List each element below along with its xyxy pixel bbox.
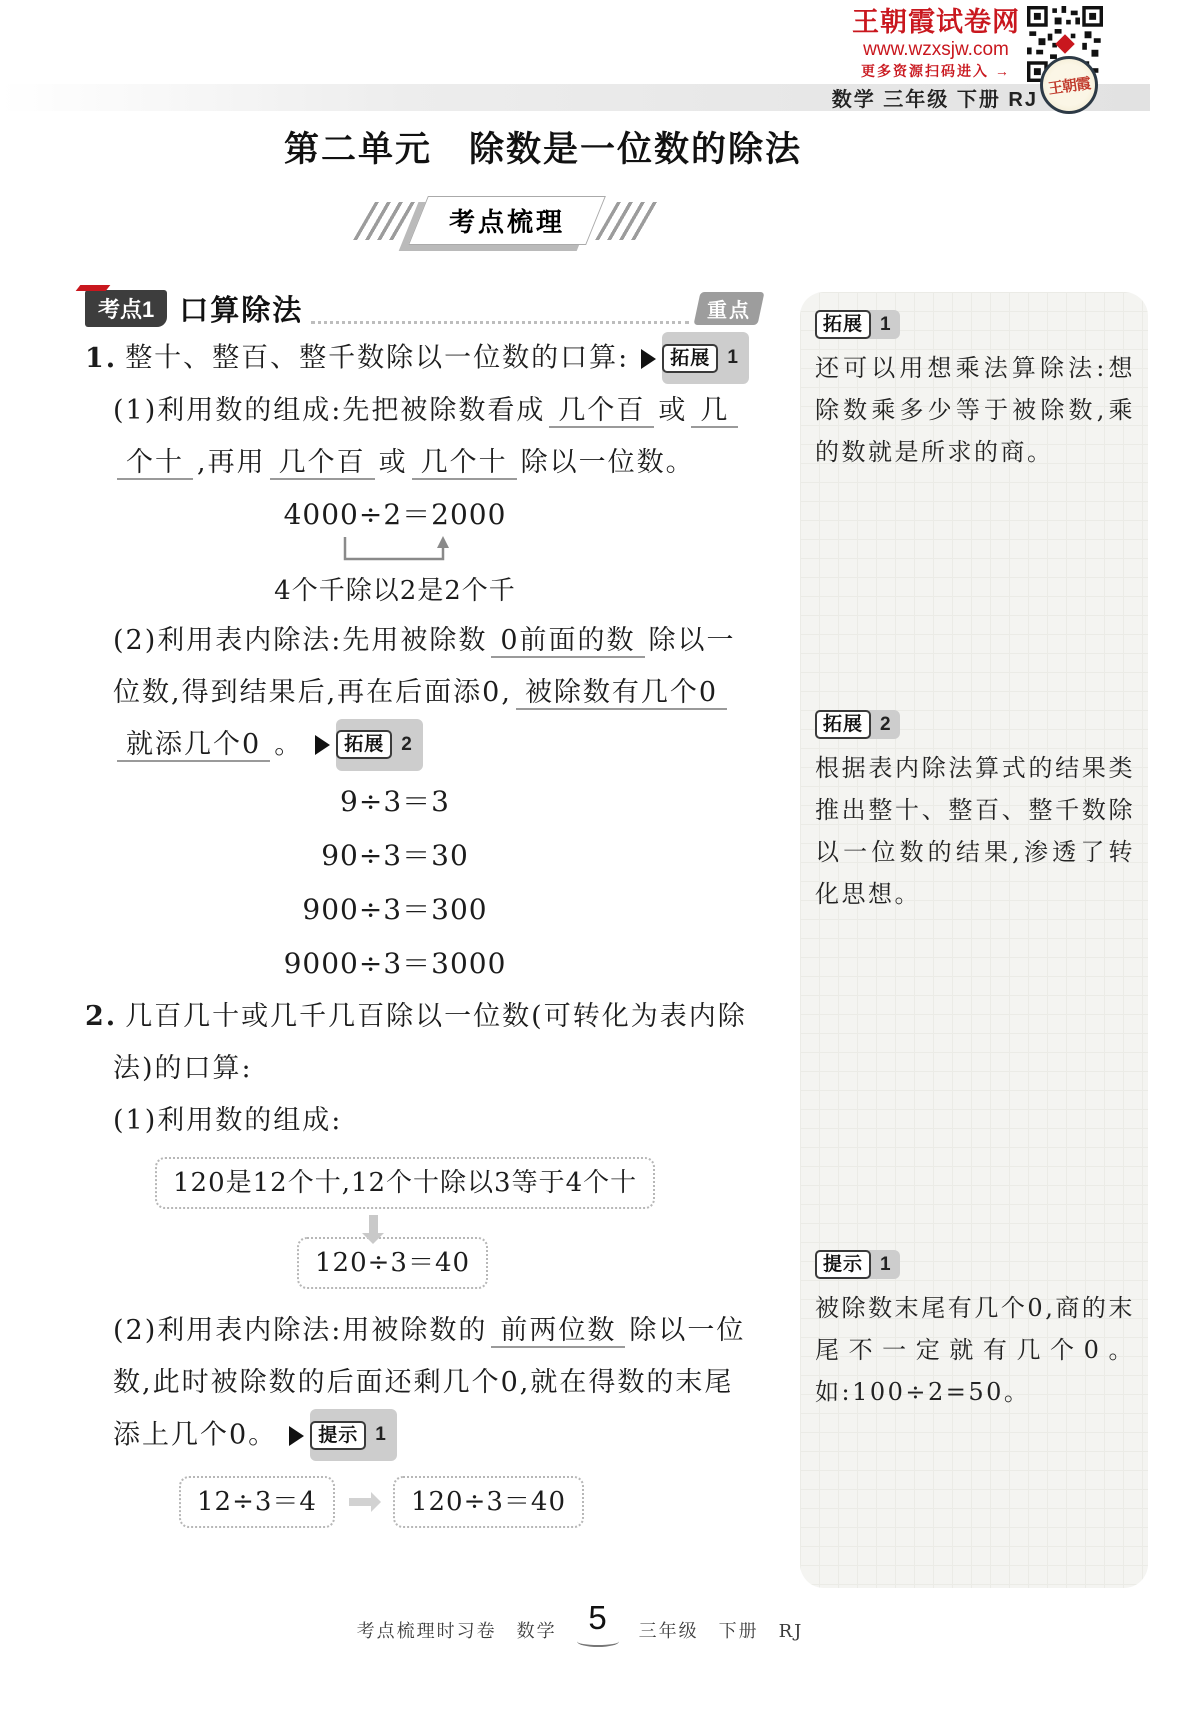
ref-badge-label: 提示 <box>310 1421 366 1450</box>
note-badge-label: 拓展 <box>815 710 871 739</box>
bracket-arrow <box>275 535 515 571</box>
item2-lead-line2: 法)的口算: <box>85 1043 761 1095</box>
seal-logo: 王朝霞 <box>1040 56 1098 114</box>
text-segment: (1)利用数的组成:先把被除数看成 <box>113 395 545 426</box>
note-tuozhan2: 拓展2 根据表内除法算式的结果类推出整十、整百、整千数除以一位数的结果,渗透了转… <box>815 710 1135 915</box>
page-number-block: 5 <box>577 1600 619 1647</box>
item1-number: 1. <box>85 343 117 374</box>
stripe-decoration-left <box>353 202 419 240</box>
ref-badge-label: 拓展 <box>662 344 718 373</box>
item1-lead-line: 1.整十、整百、整千数除以一位数的口算:拓展1 <box>85 332 761 385</box>
stripe-decoration-right <box>595 202 661 240</box>
note-badge: 拓展2 <box>815 710 900 739</box>
section-badge: 考点梳理 <box>0 196 1014 245</box>
note-badge: 拓展1 <box>815 310 900 339</box>
header-bar: 数学 三年级 下册 RJ <box>0 84 1150 111</box>
item2-sub2-line3: 添上几个0。提示1 <box>85 1409 761 1462</box>
text-segment: 或 <box>379 447 408 478</box>
flow-box-right: 120÷3＝40 <box>393 1476 584 1528</box>
equation-block: 4000÷2＝2000 4个千除以2是2个千 <box>85 495 705 611</box>
pointer-triangle-icon <box>315 735 330 755</box>
topic-badge: 考点1 <box>85 290 167 327</box>
page-footer: 考点梳理时习卷 数学 5 三年级 下册 RJ <box>0 1600 1160 1647</box>
item2-number: 2. <box>85 1001 117 1032</box>
item1-lead-text: 整十、整百、整千数除以一位数的口算: <box>125 343 629 374</box>
note-text: 还可以用想乘法算除法:想除数乘多少等于被除数,乘的数就是所求的商。 <box>815 347 1135 473</box>
result-box: 120÷3＝40 <box>297 1237 488 1289</box>
flow-box-left: 12÷3＝4 <box>179 1476 335 1528</box>
text-segment: (2)利用表内除法:用被除数的 <box>113 1315 487 1346</box>
note-badge-number: 1 <box>871 314 900 336</box>
ref-badge-number: 1 <box>718 332 749 384</box>
item1-sub1-line1: (1)利用数的组成:先把被除数看成几个百或几 <box>85 385 761 437</box>
fill-blank: 前两位数 <box>491 1315 625 1348</box>
text-segment: ,再用 <box>197 447 266 478</box>
fill-blank: 0前面的数 <box>491 625 644 658</box>
item1-sub1-line2: 个十,再用几个百或几个十除以一位数。 <box>85 437 761 489</box>
flow-example-row: 12÷3＝4 120÷3＝40 <box>179 1476 761 1528</box>
arrow-right-icon <box>349 1498 371 1506</box>
page-number-underline <box>577 1636 619 1647</box>
section-badge-box: 考点梳理 <box>408 196 606 245</box>
importance-badge: 重点 <box>693 292 764 325</box>
dotted-rule <box>311 321 689 324</box>
note-tuozhan1: 拓展1 还可以用想乘法算除法:想除数乘多少等于被除数,乘的数就是所求的商。 <box>815 310 1135 473</box>
ref-badge-number: 2 <box>392 719 423 771</box>
arrow-down-icon <box>369 1215 378 1233</box>
item1-sub2-line2: 位数,得到结果后,再在后面添0,被除数有几个0 <box>85 667 761 719</box>
importance-badge-label: 重点 <box>707 294 751 323</box>
ref-badge-number: 1 <box>366 1409 397 1461</box>
brand-url: www.wzxsjw.com <box>846 40 1026 61</box>
page-title: 第二单元 除数是一位数的除法 <box>0 122 1086 172</box>
equation: 900÷3＝300 <box>85 883 705 937</box>
text-segment: 除以一 <box>649 625 736 656</box>
fill-blank: 个十 <box>117 447 193 480</box>
footer-right-text: 三年级 下册 RJ <box>639 1617 804 1647</box>
equation-annotation: 4个千除以2是2个千 <box>85 571 705 611</box>
workbook-page: 王朝霞试卷网 www.wzxsjw.com 更多资源扫码进入 → 数学 三年级 … <box>0 0 1181 1730</box>
note-badge-label: 提示 <box>815 1250 871 1279</box>
ref-badge-label: 拓展 <box>336 730 392 759</box>
item1-sub2-line1: (2)利用表内除法:先用被除数0前面的数除以一 <box>85 615 761 667</box>
topic-title: 口算除法 <box>179 288 303 329</box>
text-segment: (2)利用表内除法:先用被除数 <box>113 625 487 656</box>
topic-header-row: 考点1 口算除法 重点 <box>85 288 761 329</box>
text-segment: 添上几个0。 <box>113 1420 277 1451</box>
badge-accent <box>76 285 111 291</box>
text-segment: 除以一位数。 <box>521 447 695 478</box>
fill-blank: 就添几个0 <box>117 729 270 762</box>
item2-lead-line1: 2.几百几十或几千几百除以一位数(可转化为表内除 <box>85 991 761 1043</box>
text-segment: 除以一位 <box>629 1315 745 1346</box>
note-text: 被除数末尾有几个0,商的末尾不一定就有几个0。如:100÷2=50。 <box>815 1287 1135 1413</box>
pointer-triangle-icon <box>289 1426 304 1446</box>
fill-blank: 几个百 <box>270 447 375 480</box>
brand-name: 王朝霞试卷网 <box>846 8 1026 38</box>
page-number: 5 <box>588 1600 606 1636</box>
ref-badge-tuozhan1: 拓展1 <box>662 332 749 384</box>
pointer-triangle-icon <box>641 349 656 369</box>
fill-blank: 被除数有几个0 <box>516 677 727 710</box>
item2-sub2-line2: 数,此时被除数的后面还剩几个0,就在得数的末尾 <box>85 1357 761 1409</box>
fill-blank: 几个百 <box>549 395 654 428</box>
equation: 9000÷3＝3000 <box>85 937 705 991</box>
fill-blank: 几 <box>691 395 738 428</box>
equation: 4000÷2＝2000 <box>85 495 705 535</box>
ref-badge-tuozhan2: 拓展2 <box>336 719 423 771</box>
text-segment: 或 <box>658 395 687 426</box>
note-badge-label: 拓展 <box>815 310 871 339</box>
ref-badge-tishi1: 提示1 <box>310 1409 397 1461</box>
item1-sub2-line3: 就添几个0。拓展2 <box>85 719 761 772</box>
brand-tagline: 更多资源扫码进入 → <box>846 64 1026 79</box>
note-badge-number: 1 <box>871 1254 900 1276</box>
item2-sub1-label: (1)利用数的组成: <box>85 1095 761 1147</box>
note-text: 根据表内除法算式的结果类推出整十、整百、整千数除以一位数的结果,渗透了转化思想。 <box>815 747 1135 915</box>
seal-text: 王朝霞 <box>1047 72 1092 99</box>
header-bar-text: 数学 三年级 下册 RJ <box>832 83 1038 112</box>
equation: 90÷3＝30 <box>85 829 705 883</box>
main-content: 1.整十、整百、整千数除以一位数的口算:拓展1 (1)利用数的组成:先把被除数看… <box>85 332 761 1528</box>
fill-blank: 几个十 <box>412 447 517 480</box>
note-badge: 提示1 <box>815 1250 900 1279</box>
margin-notes-panel: 拓展1 还可以用想乘法算除法:想除数乘多少等于被除数,乘的数就是所求的商。 拓展… <box>800 292 1148 1588</box>
text-segment: 位数,得到结果后,再在后面添0, <box>113 677 512 708</box>
text-segment: 几百几十或几千几百除以一位数(可转化为表内除 <box>125 1001 747 1032</box>
topic-badge-label: 考点1 <box>98 297 154 322</box>
equation: 9÷3＝3 <box>85 775 705 829</box>
section-badge-label: 考点梳理 <box>449 202 565 239</box>
item2-sub2-line1: (2)利用表内除法:用被除数的前两位数除以一位 <box>85 1305 761 1357</box>
note-badge-number: 2 <box>871 714 900 736</box>
text-segment: 。 <box>274 729 303 760</box>
footer-left-text: 考点梳理时习卷 数学 <box>357 1617 557 1647</box>
note-tishi1: 提示1 被除数末尾有几个0,商的末尾不一定就有几个0。如:100÷2=50。 <box>815 1250 1135 1413</box>
brand-block: 王朝霞试卷网 www.wzxsjw.com 更多资源扫码进入 → <box>846 8 1026 79</box>
equation-list: 9÷3＝3 90÷3＝30 900÷3＝300 9000÷3＝3000 <box>85 775 705 991</box>
concept-box: 120是12个十,12个十除以3等于4个十 <box>155 1157 655 1209</box>
